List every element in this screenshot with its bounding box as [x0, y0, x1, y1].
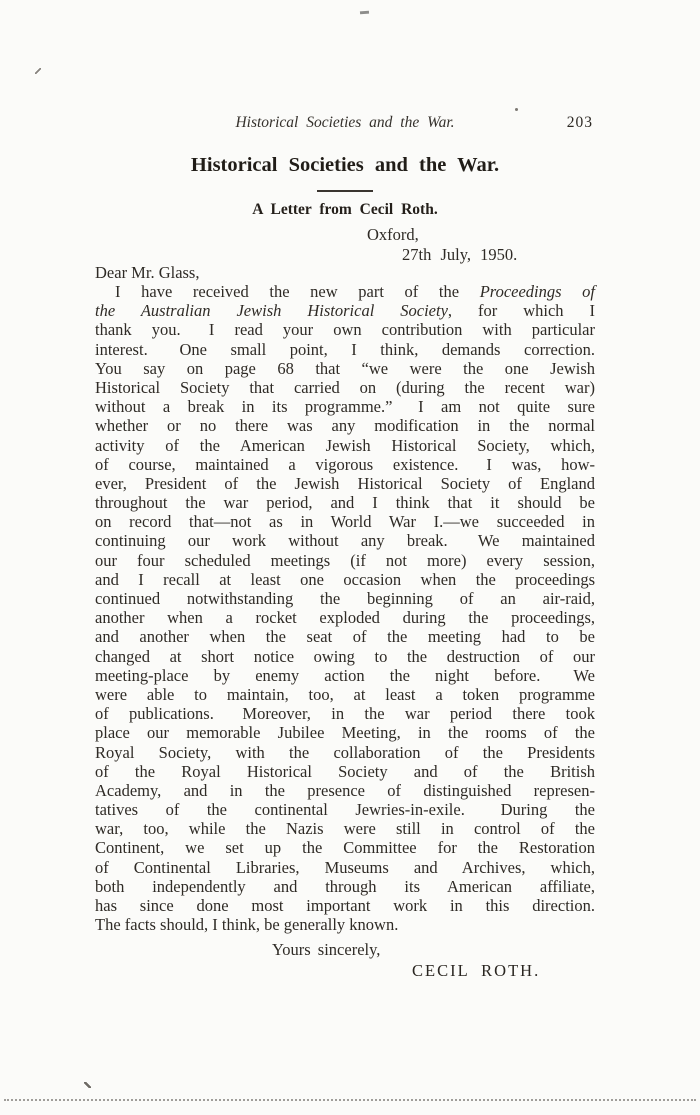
letter-line-segment: and another when the seat of the meeting…: [95, 627, 595, 646]
letter-line: thank you. I read your own contribution …: [95, 320, 595, 339]
page-number: 203: [567, 114, 593, 132]
title-divider-rule: [317, 190, 373, 192]
letter-line: You say on page 68 that “we were the one…: [95, 359, 595, 378]
letter-line-segment: I have received the new part of the: [115, 282, 480, 301]
letter-line-segment: of publications. Moreover, in the war pe…: [95, 704, 595, 723]
letter-line-segment: Historical Society that carried on (duri…: [95, 378, 595, 397]
letter-line-segment: meeting-place by enemy action the night …: [95, 666, 595, 685]
letter-line-segment: You say on page 68 that “we were the one…: [95, 359, 595, 378]
letter-line: interest. One small point, I think, dema…: [95, 340, 595, 359]
letter-line: another when a rocket exploded during th…: [95, 608, 595, 627]
letter-line-segment: without a break in its programme.” I am …: [95, 397, 595, 416]
letter-line: of Continental Libraries, Museums and Ar…: [95, 858, 595, 877]
letter-line-segment: of the Royal Historical Society and of t…: [95, 762, 595, 781]
letter-signature: CECIL ROTH.: [412, 961, 540, 981]
letter-line-segment: place our memorable Jubilee Meeting, in …: [95, 723, 595, 742]
letter-line-segment: Continent, we set up the Committee for t…: [95, 838, 595, 857]
dateline-date: 27th July, 1950.: [402, 245, 517, 265]
letter-line: the Australian Jewish Historical Society…: [95, 301, 595, 320]
scanned-page: Historical Societies and the War. 203 Hi…: [0, 0, 700, 1115]
letter-line: of publications. Moreover, in the war pe…: [95, 704, 595, 723]
letter-line-segment: interest. One small point, I think, dema…: [95, 340, 595, 359]
letter-line-segment: both independently and through its Ameri…: [95, 877, 595, 896]
letter-line: continuing our work without any break. W…: [95, 531, 595, 550]
letter-line-segment: has since done most important work in th…: [95, 896, 595, 915]
letter-line: Continent, we set up the Committee for t…: [95, 838, 595, 857]
letter-line-segment: thank you. I read your own contribution …: [95, 320, 595, 339]
letter-line-segment: tatives of the continental Jewries-in-ex…: [95, 800, 595, 819]
letter-line: of course, maintained a vigorous existen…: [95, 455, 595, 474]
letter-line: were able to maintain, too, at least a t…: [95, 685, 595, 704]
scan-artifact-top-left-speck: [35, 68, 41, 74]
letter-line: The facts should, I think, be generally …: [95, 915, 595, 934]
letter-line-segment: and I recall at least one occasion when …: [95, 570, 595, 589]
scan-artifact-bottom-edge-line: [4, 1099, 696, 1101]
letter-line: Academy, and in the presence of distingu…: [95, 781, 595, 800]
letter-line-segment: on record that—not as in World War I.—we…: [95, 512, 595, 531]
letter-line-segment: changed at short notice owing to the des…: [95, 647, 595, 666]
letter-line: of the Royal Historical Society and of t…: [95, 762, 595, 781]
letter-line: on record that—not as in World War I.—we…: [95, 512, 595, 531]
letter-line: our four scheduled meetings (if not more…: [95, 551, 595, 570]
letter-line: I have received the new part of the Proc…: [95, 282, 595, 301]
letter-line: changed at short notice owing to the des…: [95, 647, 595, 666]
article-title: Historical Societies and the War.: [95, 154, 595, 177]
dateline-place: Oxford,: [367, 225, 419, 245]
letter-line: continued notwithstanding the beginning …: [95, 589, 595, 608]
letter-line: throughout the war period, and I think t…: [95, 493, 595, 512]
letter-line-segment: war, too, while the Nazis were still in …: [95, 819, 595, 838]
running-head: Historical Societies and the War.: [235, 114, 454, 131]
letter-line-segment: whether or no there was any modification…: [95, 416, 595, 435]
letter-line-segment: of course, maintained a vigorous existen…: [95, 455, 595, 474]
letter-line-segment: continuing our work without any break. W…: [95, 531, 595, 550]
letter-line: meeting-place by enemy action the night …: [95, 666, 595, 685]
letter-line-segment: were able to maintain, too, at least a t…: [95, 685, 595, 704]
letter-line: tatives of the continental Jewries-in-ex…: [95, 800, 595, 819]
letter-line: has since done most important work in th…: [95, 896, 595, 915]
letter-line: place our memorable Jubilee Meeting, in …: [95, 723, 595, 742]
scan-artifact-bottom-left-speck: [84, 1082, 91, 1088]
letter-line: without a break in its programme.” I am …: [95, 397, 595, 416]
letter-line: Historical Society that carried on (duri…: [95, 378, 595, 397]
letter-line: whether or no there was any modification…: [95, 416, 595, 435]
letter-line-segment: continued notwithstanding the beginning …: [95, 589, 595, 608]
letter-line-segment: activity of the American Jewish Historic…: [95, 436, 595, 455]
letter-line-segment: The facts should, I think, be generally …: [95, 915, 398, 934]
letter-body: I have received the new part of the Proc…: [95, 282, 595, 934]
letter-line: both independently and through its Ameri…: [95, 877, 595, 896]
scan-artifact-head-dot: [515, 108, 518, 111]
letter-line-segment: of Continental Libraries, Museums and Ar…: [95, 858, 595, 877]
article-subtitle: A Letter from Cecil Roth.: [95, 201, 595, 219]
letter-line: Royal Society, with the collaboration of…: [95, 743, 595, 762]
letter-line-segment: Royal Society, with the collaboration of…: [95, 743, 595, 762]
letter-line: and I recall at least one occasion when …: [95, 570, 595, 589]
letter-line-segment: our four scheduled meetings (if not more…: [95, 551, 595, 570]
letter-line-italic-segment: Proceedings of: [480, 282, 595, 301]
letter-line-segment: another when a rocket exploded during th…: [95, 608, 595, 627]
letter-line: activity of the American Jewish Historic…: [95, 436, 595, 455]
letter-line: and another when the seat of the meeting…: [95, 627, 595, 646]
scan-artifact-top-dash: [360, 11, 369, 15]
letter-line: ever, President of the Jewish Historical…: [95, 474, 595, 493]
letter-line-segment: , for which I: [448, 301, 595, 320]
letter-line-segment: Academy, and in the presence of distingu…: [95, 781, 595, 800]
letter-line: war, too, while the Nazis were still in …: [95, 819, 595, 838]
page-header: Historical Societies and the War. 203: [95, 114, 595, 134]
letter-valediction: Yours sincerely,: [272, 940, 380, 960]
letter-line-segment: ever, President of the Jewish Historical…: [95, 474, 595, 493]
letter-line-italic-segment: the Australian Jewish Historical Society: [95, 301, 448, 320]
letter-line-segment: throughout the war period, and I think t…: [95, 493, 595, 512]
letter-salutation: Dear Mr. Glass,: [95, 263, 595, 283]
